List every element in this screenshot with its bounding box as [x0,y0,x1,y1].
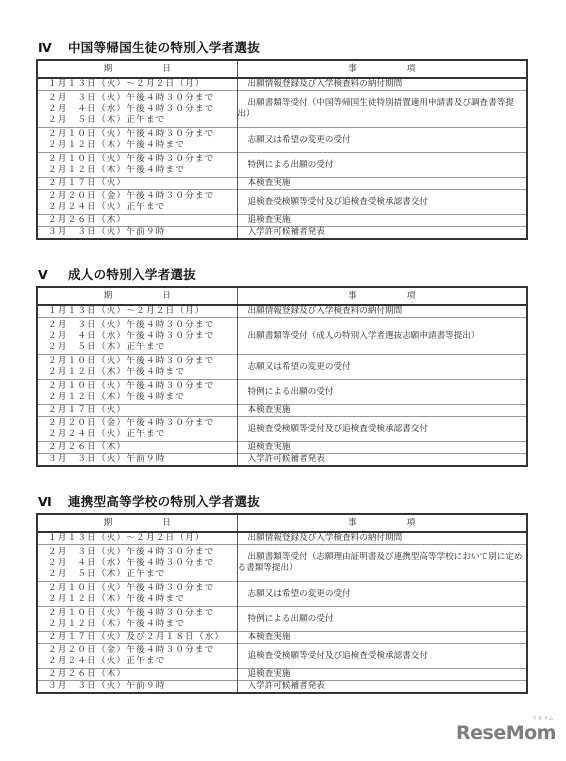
date-line: ２月１２日（木）午後４時まで [48,367,237,378]
section-title: Ⅵ連携型高等学校の特別入学者選抜 [36,493,526,511]
date-line: １月１３日（火）～２月２日（月） [48,79,237,90]
date-line: ２月２４日（火）正午まで [48,656,237,667]
event-cell: 追検査実施 [237,442,527,454]
table-row: ２月１７日（火）及び２月１８日（水）本検査実施 [37,632,527,644]
date-line: ２月１０日（火）午後４時３０分まで [48,356,237,367]
column-header-event: 事項 [237,287,527,305]
event-cell: 本検査実施 [237,632,527,644]
date-cell: ３月 ３日（火）午前９時 [37,454,237,467]
date-line: ２月２０日（金）午後４時３０分まで [48,191,237,202]
event-cell: 出願書類等受付（中国等帰国生徒特別措置適用申請書及び調査書等提出） [237,91,527,128]
date-line: ２月１０日（火）午後４時３０分まで [48,608,237,619]
event-cell: 入学許可候補者発表 [237,681,527,694]
date-line: ２月 ４日（水）午後４時３０分まで [48,331,237,342]
date-line: ２月 ５日（木）正午まで [48,342,237,353]
event-cell: 特例による出願の受付 [237,607,527,632]
column-header-date: 期日 [37,287,237,305]
table-row: ２月２０日（金）午後４時３０分まで２月２４日（火）正午まで追検査受検願等受付及び… [37,644,527,669]
event-cell: 入学許可候補者発表 [237,227,527,240]
event-cell: 出願情報登録及び入学検査料の納付期間 [237,78,527,91]
date-cell: ２月１０日（火）午後４時３０分まで２月１２日（木）午後４時まで [37,355,237,380]
section-4: Ⅳ中国等帰国生徒の特別入学者選抜 期日 事項 １月１３日（火）～２月２日（月）出… [36,39,526,240]
section-title: Ⅳ中国等帰国生徒の特別入学者選抜 [36,39,526,57]
date-cell: １月１３日（火）～２月２日（月） [37,78,237,91]
date-line: ２月１２日（木）午後４時まで [48,140,237,151]
table-row: ２月１０日（火）午後４時３０分まで２月１２日（木）午後４時まで志願又は希望の変更… [37,355,527,380]
date-cell: ２月２０日（金）午後４時３０分まで２月２４日（火）正午まで [37,417,237,442]
date-cell: ２月１０日（火）午後４時３０分まで２月１２日（木）午後４時まで [37,380,237,405]
section-number: Ⅵ [36,493,68,511]
date-line: ２月１２日（木）午後４時まで [48,165,237,176]
table-row: ３月 ３日（火）午前９時入学許可候補者発表 [37,227,527,240]
event-cell: 追検査実施 [237,215,527,227]
date-line: ２月 ５日（木）正午まで [48,569,237,580]
date-cell: ２月２０日（金）午後４時３０分まで２月２４日（火）正午まで [37,644,237,669]
date-cell: ２月 ３日（火）午後４時３０分まで２月 ４日（水）午後４時３０分まで２月 ５日（… [37,545,237,582]
date-line: ２月 ３日（火）午後４時３０分まで [48,547,237,558]
date-line: ２月２４日（火）正午まで [48,202,237,213]
schedule-table: 期日 事項 １月１３日（火）～２月２日（月）出願情報登録及び入学検査料の納付期間… [36,286,528,467]
event-cell: 志願又は希望の変更の受付 [237,582,527,607]
date-cell: ２月２６日（木） [37,215,237,227]
date-cell: ２月２０日（金）午後４時３０分まで２月２４日（火）正午まで [37,190,237,215]
event-cell: 出願情報登録及び入学検査料の納付期間 [237,532,527,545]
event-cell: 特例による出願の受付 [237,153,527,178]
date-line: ２月２０日（金）午後４時３０分まで [48,418,237,429]
section-5: Ⅴ成人の特別入学者選抜 期日 事項 １月１３日（火）～２月２日（月）出願情報登録… [36,266,526,467]
table-row: ２月２６日（木）追検査実施 [37,215,527,227]
table-row: ２月 ３日（火）午後４時３０分まで２月 ４日（水）午後４時３０分まで２月 ５日（… [37,318,527,355]
table-row: ２月１７日（火）本検査実施 [37,405,527,417]
section-title-text: 中国等帰国生徒の特別入学者選抜 [68,40,260,55]
date-line: ２月１７日（火） [48,405,237,416]
event-cell: 追検査実施 [237,669,527,681]
date-line: ３月 ３日（火）午前９時 [48,227,237,238]
event-cell: 出願書類等受付（成人の特別入学者選抜志願申請書等提出） [237,318,527,355]
table-row: ２月２０日（金）午後４時３０分まで２月２４日（火）正午まで追検査受検願等受付及び… [37,417,527,442]
table-row: ３月 ３日（火）午前９時入学許可候補者発表 [37,454,527,467]
date-line: ２月 ３日（火）午後４時３０分まで [48,93,237,104]
table-body: １月１３日（火）～２月２日（月）出願情報登録及び入学検査料の納付期間２月 ３日（… [37,305,527,466]
date-line: ２月１０日（火）午後４時３０分まで [48,154,237,165]
table-row: ２月１０日（火）午後４時３０分まで２月１２日（木）午後４時まで志願又は希望の変更… [37,582,527,607]
date-cell: ２月１０日（火）午後４時３０分まで２月１２日（木）午後４時まで [37,582,237,607]
table-row: ２月１７日（火）本検査実施 [37,178,527,190]
schedule-table: 期日 事項 １月１３日（火）～２月２日（月）出願情報登録及び入学検査料の納付期間… [36,59,528,240]
event-cell: 志願又は希望の変更の受付 [237,355,527,380]
table-row: ２月 ３日（火）午後４時３０分まで２月 ４日（水）午後４時３０分まで２月 ５日（… [37,545,527,582]
table-body: １月１３日（火）～２月２日（月）出願情報登録及び入学検査料の納付期間２月 ３日（… [37,78,527,239]
table-row: ３月 ３日（火）午前９時入学許可候補者発表 [37,681,527,694]
table-header-row: 期日 事項 [37,60,527,78]
event-cell: 出願書類等受付（志願理由証明書及び連携型高等学校において別に定める書類等提出） [237,545,527,582]
date-line: ２月１７日（火）及び２月１８日（水） [48,632,237,643]
table-row: １月１３日（火）～２月２日（月）出願情報登録及び入学検査料の納付期間 [37,305,527,318]
table-row: ２月２６日（木）追検査実施 [37,442,527,454]
schedule-table: 期日 事項 １月１３日（火）～２月２日（月）出願情報登録及び入学検査料の納付期間… [36,513,528,694]
table-body: １月１３日（火）～２月２日（月）出願情報登録及び入学検査料の納付期間２月 ３日（… [37,532,527,693]
table-header-row: 期日 事項 [37,287,527,305]
date-line: ２月１０日（火）午後４時３０分まで [48,583,237,594]
date-line: ２月 ３日（火）午後４時３０分まで [48,320,237,331]
date-cell: ２月 ３日（火）午後４時３０分まで２月 ４日（水）午後４時３０分まで２月 ５日（… [37,91,237,128]
section-title: Ⅴ成人の特別入学者選抜 [36,266,526,284]
date-cell: ２月 ３日（火）午後４時３０分まで２月 ４日（水）午後４時３０分まで２月 ５日（… [37,318,237,355]
date-line: ２月 ５日（木）正午まで [48,115,237,126]
column-header-date: 期日 [37,514,237,532]
date-line: ３月 ３日（火）午前９時 [48,454,237,465]
date-line: ２月２６日（木） [48,215,237,226]
section-number: Ⅴ [36,266,68,284]
event-cell: 出願情報登録及び入学検査料の納付期間 [237,305,527,318]
date-cell: ２月１７日（火）及び２月１８日（水） [37,632,237,644]
resemom-logo: ReseMom リセマム [456,722,556,744]
date-line: ２月 ４日（水）午後４時３０分まで [48,558,237,569]
section-number: Ⅳ [36,39,68,57]
date-line: ２月 ４日（水）午後４時３０分まで [48,104,237,115]
table-row: １月１３日（火）～２月２日（月）出願情報登録及び入学検査料の納付期間 [37,532,527,545]
event-cell: 本検査実施 [237,178,527,190]
date-line: ３月 ３日（火）午前９時 [48,681,237,692]
event-cell: 追検査受検願等受付及び追検査受検承認書交付 [237,644,527,669]
column-header-date: 期日 [37,60,237,78]
event-cell: 追検査受検願等受付及び追検査受検承認書交付 [237,190,527,215]
date-line: ２月２６日（木） [48,669,237,680]
date-line: ２月１２日（木）午後４時まで [48,392,237,403]
section-title-text: 連携型高等学校の特別入学者選抜 [68,494,260,509]
table-row: ２月１０日（火）午後４時３０分まで２月１２日（木）午後４時まで特例による出願の受… [37,153,527,178]
table-row: ２月２６日（木）追検査実施 [37,669,527,681]
date-line: ２月２４日（火）正午まで [48,429,237,440]
column-header-event: 事項 [237,514,527,532]
logo-kana: リセマム [532,715,554,722]
date-cell: １月１３日（火）～２月２日（月） [37,305,237,318]
event-cell: 本検査実施 [237,405,527,417]
date-cell: ２月１０日（火）午後４時３０分まで２月１２日（木）午後４時まで [37,128,237,153]
event-cell: 入学許可候補者発表 [237,454,527,467]
date-cell: ２月２６日（木） [37,669,237,681]
table-row: ２月２０日（金）午後４時３０分まで２月２４日（火）正午まで追検査受検願等受付及び… [37,190,527,215]
table-row: ２月１０日（火）午後４時３０分まで２月１２日（木）午後４時まで特例による出願の受… [37,607,527,632]
table-header-row: 期日 事項 [37,514,527,532]
date-cell: ２月１０日（火）午後４時３０分まで２月１２日（木）午後４時まで [37,607,237,632]
date-cell: ３月 ３日（火）午前９時 [37,681,237,694]
table-row: ２月 ３日（火）午後４時３０分まで２月 ４日（水）午後４時３０分まで２月 ５日（… [37,91,527,128]
column-header-event: 事項 [237,60,527,78]
date-line: ２月１２日（木）午後４時まで [48,619,237,630]
date-cell: ２月１０日（火）午後４時３０分まで２月１２日（木）午後４時まで [37,153,237,178]
date-cell: ３月 ３日（火）午前９時 [37,227,237,240]
date-cell: ２月２６日（木） [37,442,237,454]
event-cell: 志願又は希望の変更の受付 [237,128,527,153]
date-line: ２月２０日（金）午後４時３０分まで [48,645,237,656]
event-cell: 特例による出願の受付 [237,380,527,405]
table-row: ２月１０日（火）午後４時３０分まで２月１２日（木）午後４時まで志願又は希望の変更… [37,128,527,153]
date-cell: ２月１７日（火） [37,178,237,190]
date-line: １月１３日（火）～２月２日（月） [48,533,237,544]
section-6: Ⅵ連携型高等学校の特別入学者選抜 期日 事項 １月１３日（火）～２月２日（月）出… [36,493,526,694]
date-line: ２月２６日（木） [48,442,237,453]
date-line: １月１３日（火）～２月２日（月） [48,306,237,317]
date-line: ２月１２日（木）午後４時まで [48,594,237,605]
table-row: １月１３日（火）～２月２日（月）出願情報登録及び入学検査料の納付期間 [37,78,527,91]
table-row: ２月１０日（火）午後４時３０分まで２月１２日（木）午後４時まで特例による出願の受… [37,380,527,405]
date-cell: ２月１７日（火） [37,405,237,417]
logo-text: ReseMom [456,722,556,744]
date-line: ２月１７日（火） [48,178,237,189]
date-cell: １月１３日（火）～２月２日（月） [37,532,237,545]
event-cell: 追検査受検願等受付及び追検査受検承認書交付 [237,417,527,442]
date-line: ２月１０日（火）午後４時３０分まで [48,381,237,392]
section-title-text: 成人の特別入学者選抜 [68,267,196,282]
date-line: ２月１０日（火）午後４時３０分まで [48,129,237,140]
